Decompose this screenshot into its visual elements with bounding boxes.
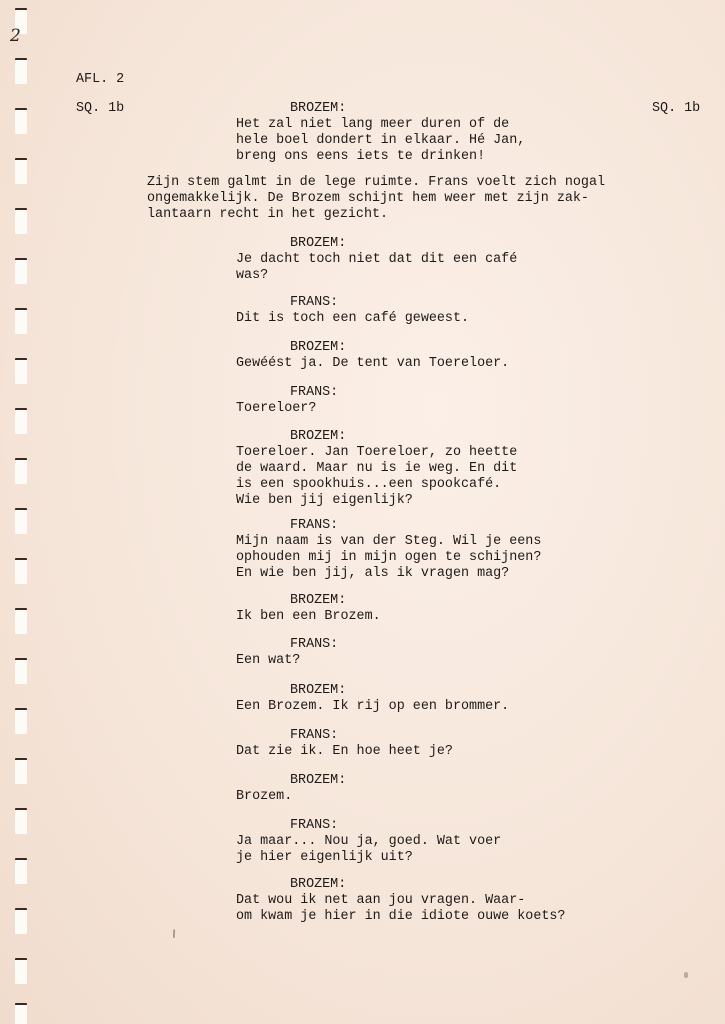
binder-hole xyxy=(15,908,27,934)
dialogue-line: je hier eigenlijk uit? xyxy=(236,850,413,866)
sequence-label-right: SQ. 1b xyxy=(652,101,700,117)
speaker-name: FRANS: xyxy=(290,518,338,534)
binder-hole xyxy=(15,408,27,434)
script-page: 2 AFL. 2 SQ. 1b SQ. 1b BROZEM:Het zal ni… xyxy=(0,0,725,1024)
dialogue-line: was? xyxy=(236,268,268,284)
dialogue-line: de waard. Maar nu is ie weg. En dit xyxy=(236,461,517,477)
paper-speck xyxy=(684,972,688,978)
ink-mark: \ xyxy=(168,929,179,942)
dialogue-line: Toereloer? xyxy=(236,401,316,417)
speaker-name: FRANS: xyxy=(290,385,338,401)
dialogue-line: Mijn naam is van der Steg. Wil je eens xyxy=(236,534,541,550)
speaker-name: BROZEM: xyxy=(290,773,346,789)
binder-hole xyxy=(15,158,27,184)
dialogue-line: breng ons eens iets te drinken! xyxy=(236,149,485,165)
binder-hole xyxy=(15,58,27,84)
dialogue-line: Dit is toch een café geweest. xyxy=(236,311,469,327)
speaker-name: FRANS: xyxy=(290,295,338,311)
dialogue-line: Een wat? xyxy=(236,653,300,669)
binder-hole xyxy=(15,708,27,734)
binder-hole xyxy=(15,808,27,834)
speaker-name: BROZEM: xyxy=(290,877,346,893)
dialogue-line: Een Brozem. Ik rij op een brommer. xyxy=(236,699,509,715)
dialogue-line: ophouden mij in mijn ogen te schijnen? xyxy=(236,550,541,566)
binder-hole xyxy=(15,508,27,534)
dialogue-line: Wie ben jij eigenlijk? xyxy=(236,493,413,509)
speaker-name: BROZEM: xyxy=(290,429,346,445)
binder-hole xyxy=(15,458,27,484)
binder-hole xyxy=(15,758,27,784)
binder-hole xyxy=(15,858,27,884)
action-line: Zijn stem galmt in de lege ruimte. Frans… xyxy=(147,175,605,191)
dialogue-line: Ik ben een Brozem. xyxy=(236,609,381,625)
dialogue-line: om kwam je hier in die idiote ouwe koets… xyxy=(236,909,565,925)
binder-hole xyxy=(15,308,27,334)
binder-hole xyxy=(15,658,27,684)
speaker-name: BROZEM: xyxy=(290,101,346,117)
binder-hole xyxy=(15,358,27,384)
binder-hole xyxy=(15,558,27,584)
dialogue-line: hele boel dondert in elkaar. Hé Jan, xyxy=(236,133,525,149)
binder-hole xyxy=(15,1003,27,1024)
speaker-name: BROZEM: xyxy=(290,683,346,699)
speaker-name: FRANS: xyxy=(290,637,338,653)
sequence-label-left: SQ. 1b xyxy=(76,101,124,117)
speaker-name: BROZEM: xyxy=(290,593,346,609)
dialogue-line: Je dacht toch niet dat dit een café xyxy=(236,252,517,268)
binder-hole xyxy=(15,958,27,984)
handwritten-page-number: 2 xyxy=(10,26,21,46)
binder-hole xyxy=(15,258,27,284)
binder-hole xyxy=(15,108,27,134)
speaker-name: FRANS: xyxy=(290,818,338,834)
dialogue-line: Brozem. xyxy=(236,789,292,805)
dialogue-line: Ja maar... Nou ja, goed. Wat voer xyxy=(236,834,501,850)
dialogue-line: Het zal niet lang meer duren of de xyxy=(236,117,509,133)
speaker-name: BROZEM: xyxy=(290,340,346,356)
dialogue-line: En wie ben jij, als ik vragen mag? xyxy=(236,566,509,582)
dialogue-line: Dat wou ik net aan jou vragen. Waar- xyxy=(236,893,525,909)
dialogue-line: is een spookhuis...een spookcafé. xyxy=(236,477,501,493)
episode-label: AFL. 2 xyxy=(76,72,124,88)
binder-hole xyxy=(15,608,27,634)
binder-hole xyxy=(15,208,27,234)
speaker-name: BROZEM: xyxy=(290,236,346,252)
action-line: lantaarn recht in het gezicht. xyxy=(147,207,388,223)
speaker-name: FRANS: xyxy=(290,728,338,744)
dialogue-line: Gewéést ja. De tent van Toereloer. xyxy=(236,356,509,372)
dialogue-line: Toereloer. Jan Toereloer, zo heette xyxy=(236,445,517,461)
action-line: ongemakkelijk. De Brozem schijnt hem wee… xyxy=(147,191,589,207)
dialogue-line: Dat zie ik. En hoe heet je? xyxy=(236,744,453,760)
